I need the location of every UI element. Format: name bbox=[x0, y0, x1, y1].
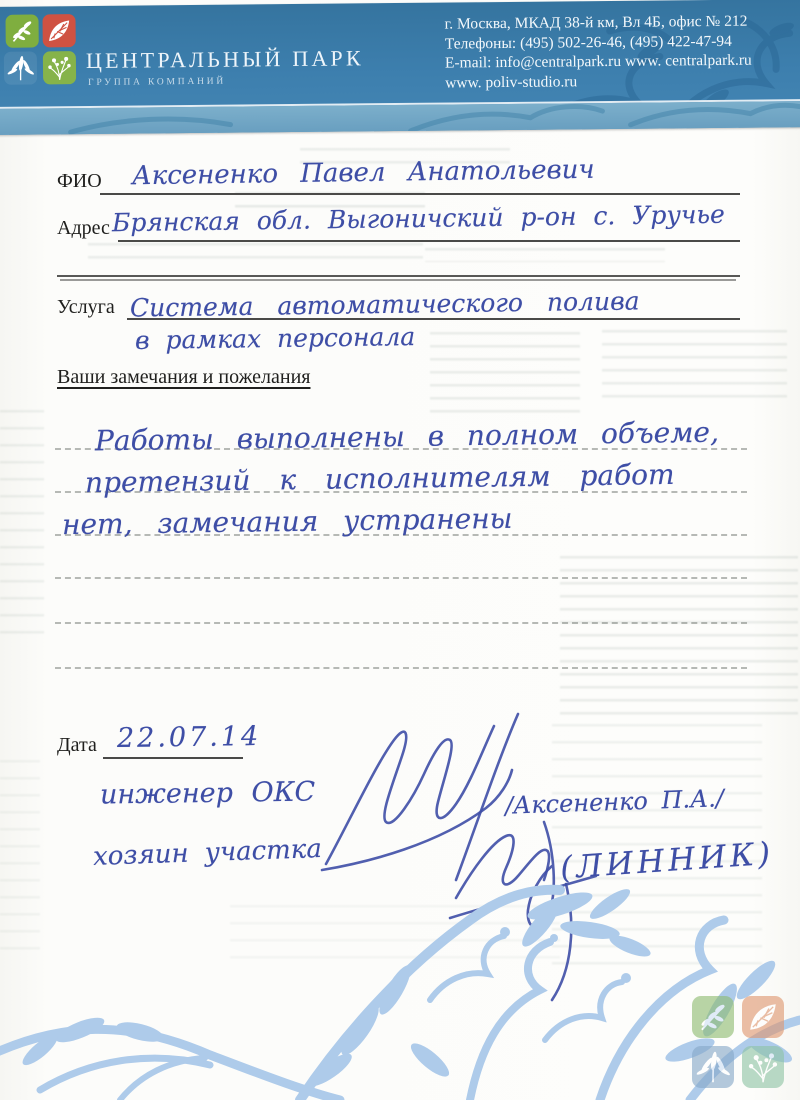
leaf-icon bbox=[46, 17, 73, 44]
remarks-heading: Ваши замечания и пожелания bbox=[57, 366, 310, 389]
watermark-logo bbox=[692, 996, 786, 1090]
company-website: www. poliv-studio.ru bbox=[445, 70, 785, 93]
palm-leaf-icon bbox=[7, 55, 34, 82]
berries-icon bbox=[46, 54, 73, 81]
logo-tile-blue bbox=[692, 1046, 734, 1088]
floral-ornament bbox=[0, 880, 800, 1100]
header-banner: ЦЕНТРАЛЬНЫЙ ПАРК ГРУППА КОМПАНИЙ г. Моск… bbox=[0, 0, 800, 135]
engineer-role: инженер ОКС bbox=[100, 776, 316, 810]
date-value: 22.07.14 bbox=[117, 721, 262, 754]
logo-tile-green bbox=[5, 14, 38, 47]
palm-leaf-icon bbox=[696, 1050, 730, 1084]
logo-tile-green bbox=[692, 996, 734, 1038]
service-label: Услуга bbox=[57, 296, 115, 319]
fio-label: ФИО bbox=[57, 170, 102, 193]
owner-signature bbox=[448, 806, 608, 1006]
remarks-dotted-line bbox=[55, 622, 747, 624]
company-subtitle: ГРУППА КОМПАНИЙ bbox=[88, 77, 226, 88]
remarks-dotted-line bbox=[55, 577, 747, 579]
bleed-through-text bbox=[430, 332, 580, 420]
bleed-through-text bbox=[425, 248, 665, 262]
logo-tile-red bbox=[42, 14, 75, 47]
company-name: ЦЕНТРАЛЬНЫЙ ПАРК bbox=[86, 45, 364, 74]
bleed-through-text bbox=[88, 243, 423, 261]
address-label: Адрес bbox=[57, 217, 110, 240]
logo-tile-green2 bbox=[43, 51, 76, 84]
bleed-through-text bbox=[0, 410, 44, 640]
logo-tile-orange bbox=[742, 996, 784, 1038]
date-line bbox=[103, 757, 243, 759]
logo-tile-teal bbox=[742, 1046, 784, 1088]
engineer-signature bbox=[318, 712, 528, 882]
owner-role: хозяин участка bbox=[93, 834, 323, 872]
berries-icon bbox=[746, 1050, 780, 1084]
engineer-signature-name: /Аксененко П.А./ bbox=[505, 784, 725, 820]
fio-value: Аксененко Павел Анатольевич bbox=[132, 155, 595, 191]
company-email: E-mail: info@centralpark.ru www. central… bbox=[445, 50, 785, 73]
bleed-through-text bbox=[0, 760, 40, 960]
company-address: г. Москва, МКАД 38-й км, Вл 4Б, офис № 2… bbox=[444, 11, 784, 34]
branch-icon bbox=[9, 17, 36, 44]
remarks-dotted-line bbox=[55, 667, 747, 669]
bleed-through-text bbox=[230, 905, 560, 960]
address-value: Брянская обл. Выгоничский р-он с. Уручье bbox=[112, 200, 725, 238]
logo-tile-blue bbox=[4, 51, 37, 84]
owner-signature-name: (ЛИННИК) bbox=[559, 836, 775, 887]
remarks-value-line3: нет, замечания устранены bbox=[62, 502, 513, 541]
remarks-value-line1: Работы выполнены в полном объеме, bbox=[95, 416, 719, 458]
address-line bbox=[118, 240, 740, 242]
branch-icon bbox=[696, 1000, 730, 1034]
fio-line bbox=[100, 193, 740, 195]
service-value-line2: в рамках персонала bbox=[135, 322, 416, 355]
bleed-through-text bbox=[560, 556, 798, 716]
header-contact-block: г. Москва, МКАД 38-й км, Вл 4Б, офис № 2… bbox=[444, 11, 785, 92]
address-line2 bbox=[57, 275, 740, 277]
date-label: Дата bbox=[57, 734, 97, 757]
leaf-icon bbox=[746, 1000, 780, 1034]
bleed-through-text bbox=[602, 330, 787, 400]
address-line2-echo bbox=[60, 279, 736, 281]
scanned-feedback-form: ЦЕНТРАЛЬНЫЙ ПАРК ГРУППА КОМПАНИЙ г. Моск… bbox=[0, 0, 800, 1100]
